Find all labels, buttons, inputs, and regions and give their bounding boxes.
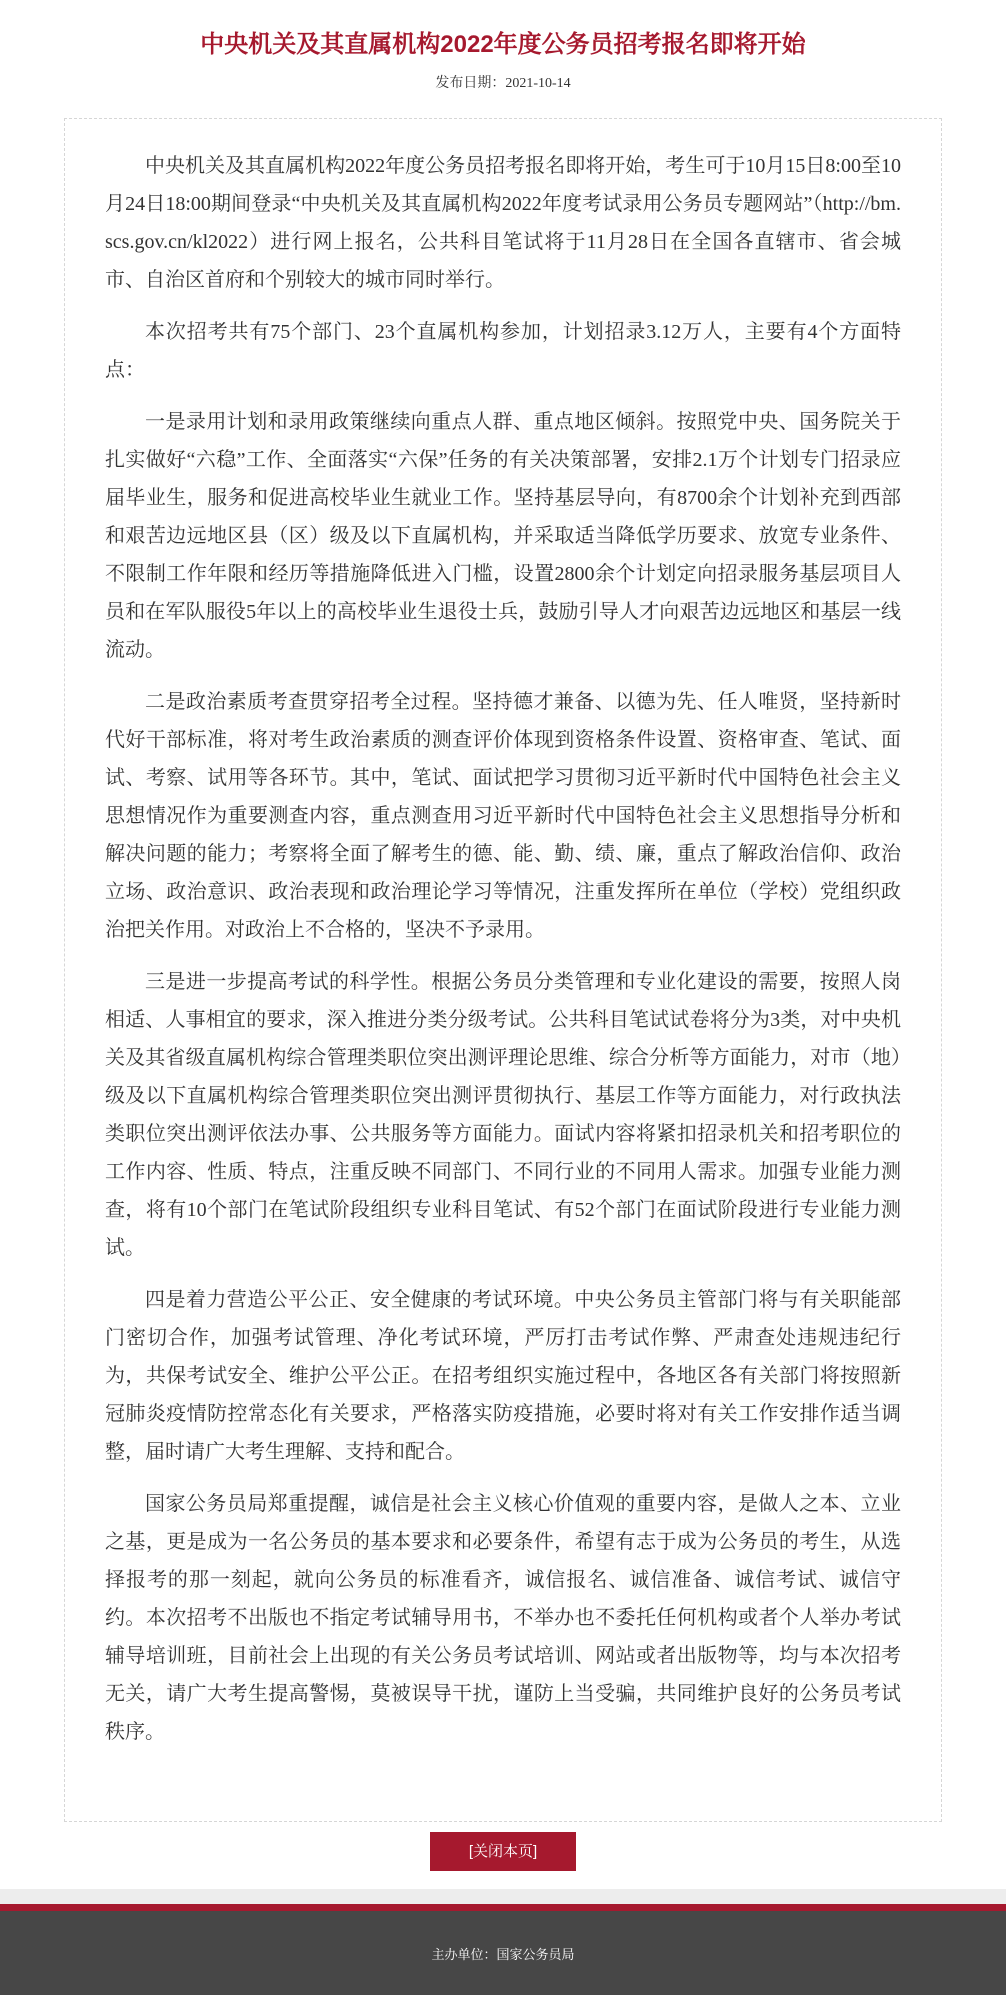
paragraph-point-4: 四是着力营造公平公正、安全健康的考试环境。中央公务员主管部门将与有关职能部门密切… <box>105 1281 901 1471</box>
close-page-button[interactable]: [关闭本页] <box>430 1832 576 1871</box>
organizer-text: 主办单位：国家公务员局 <box>431 1944 574 1963</box>
paragraph-reminder: 国家公务员局郑重提醒，诚信是社会主义核心价值观的重要内容，是做人之本、立业之基，… <box>105 1485 901 1751</box>
page-title: 中央机关及其直属机构2022年度公务员招考报名即将开始 <box>0 0 1006 60</box>
red-band-divider <box>0 1904 1006 1911</box>
publish-date: 发布日期：2021-10-14 <box>0 72 1006 92</box>
gray-band-divider <box>0 1889 1006 1904</box>
page-footer: 主办单位：国家公务员局 <box>0 1911 1006 1995</box>
button-row: [关闭本页] <box>0 1832 1006 1889</box>
paragraph-point-2: 二是政治素质考查贯穿招考全过程。坚持德才兼备、以德为先、任人唯贤，坚持新时代好干… <box>105 683 901 949</box>
announcement-page: 中央机关及其直属机构2022年度公务员招考报名即将开始 发布日期：2021-10… <box>0 0 1006 1995</box>
paragraph-point-3: 三是进一步提高考试的科学性。根据公务员分类管理和专业化建设的需要，按照人岗相适、… <box>105 963 901 1267</box>
article-body: 中央机关及其直属机构2022年度公务员招考报名即将开始，考生可于10月15日8:… <box>64 118 942 1822</box>
paragraph-overview: 本次招考共有75个部门、23个直属机构参加，计划招录3.12万人，主要有4个方面… <box>105 313 901 389</box>
paragraph-intro: 中央机关及其直属机构2022年度公务员招考报名即将开始，考生可于10月15日8:… <box>105 147 901 299</box>
paragraph-point-1: 一是录用计划和录用政策继续向重点人群、重点地区倾斜。按照党中央、国务院关于扎实做… <box>105 403 901 669</box>
